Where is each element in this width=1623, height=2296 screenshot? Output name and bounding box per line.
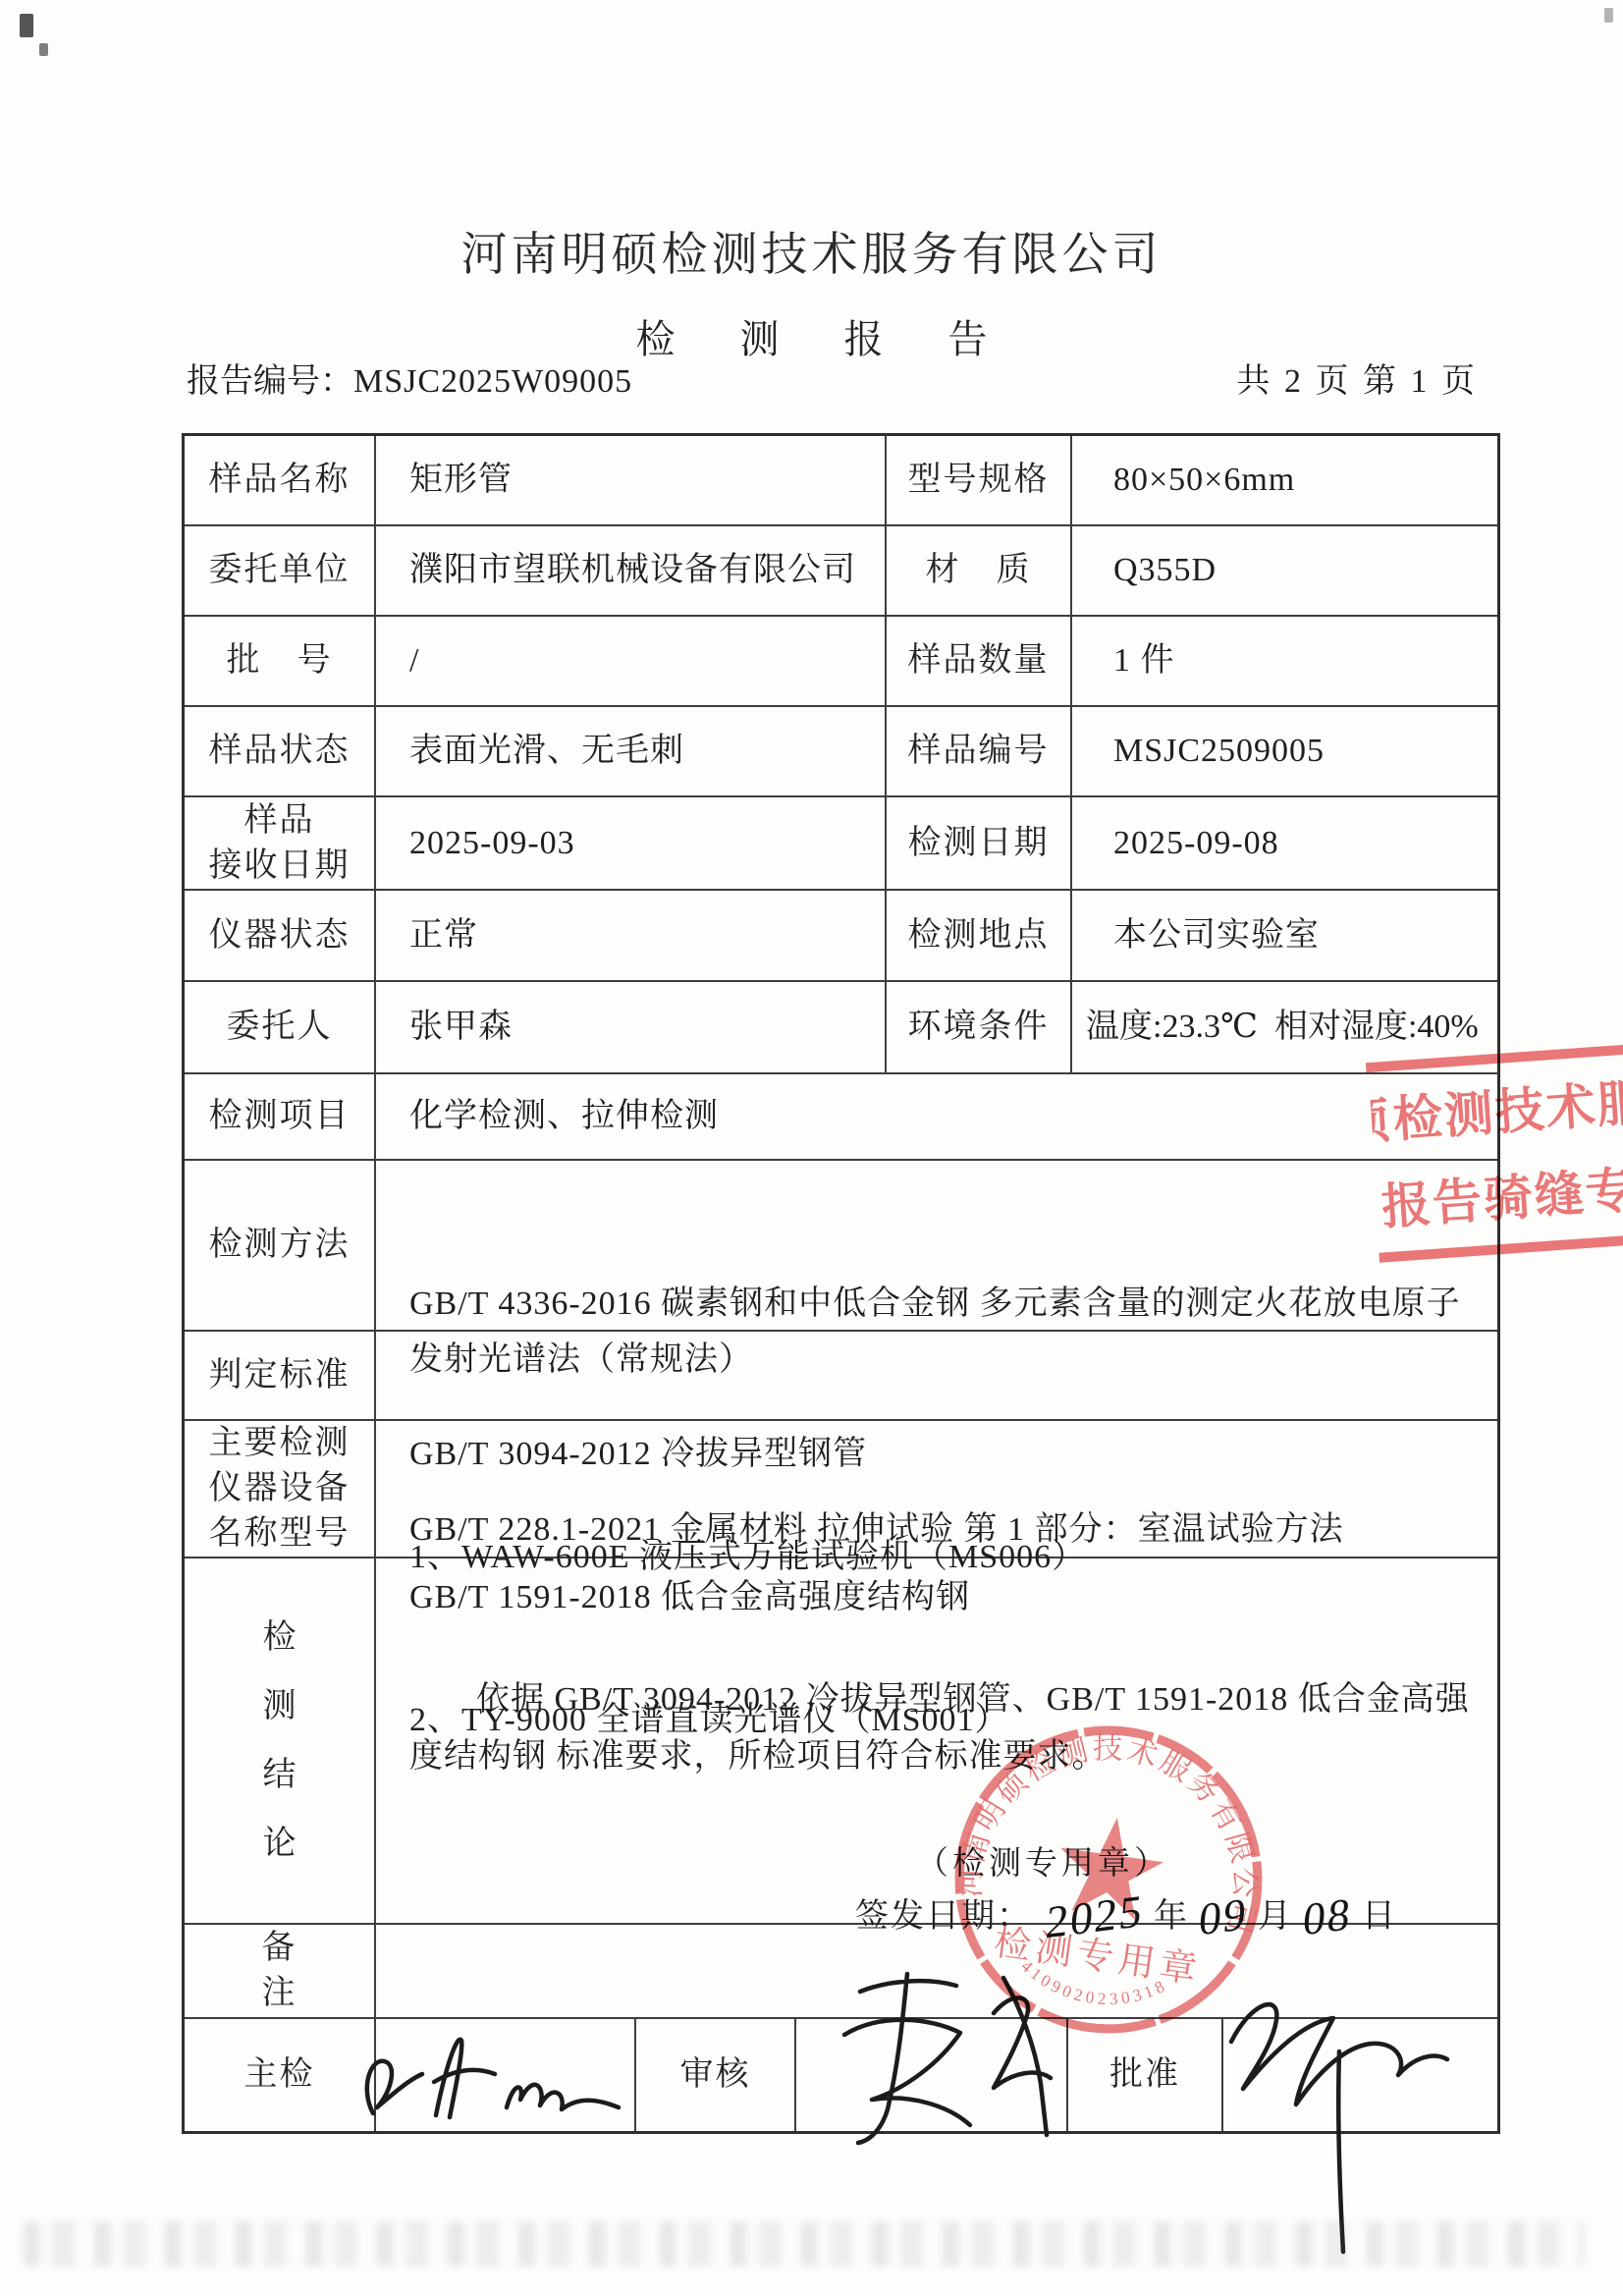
conclusion-text: 依据 GB/T 3094-2012 冷拔异型钢管、GB/T 1591-2018 … bbox=[409, 1671, 1474, 1785]
table-row: 批 号 / 样品数量 1 件 bbox=[185, 617, 1497, 707]
report-number: 报告编号：MSJC2025W09005 bbox=[187, 354, 632, 402]
scan-speck bbox=[1604, 8, 1613, 23]
label-material: 材 质 bbox=[887, 526, 1072, 615]
value-instrument-state: 正常 bbox=[376, 891, 887, 980]
value-sample-no: MSJC2509005 bbox=[1072, 707, 1497, 795]
label-receive-date: 样品 接收日期 bbox=[185, 797, 376, 889]
signature-row: 主检 审核 批准 bbox=[185, 2019, 1497, 2131]
label-client-unit: 委托单位 bbox=[185, 526, 376, 615]
label-sample-no: 样品编号 bbox=[887, 707, 1072, 795]
label-sample-state: 样品状态 bbox=[185, 707, 376, 795]
label-judge-standard: 判定标准 bbox=[185, 1332, 376, 1419]
label-remarks: 备 注 bbox=[185, 1925, 376, 2017]
table-row: 仪器状态 正常 检测地点 本公司实验室 bbox=[185, 891, 1497, 982]
value-judge-standard: GB/T 3094-2012 冷拔异型钢管 GB/T 1591-2018 低合金… bbox=[376, 1332, 1497, 1419]
table-row: 判定标准 GB/T 3094-2012 冷拔异型钢管 GB/T 1591-201… bbox=[185, 1332, 1497, 1421]
label-environment: 环境条件 bbox=[887, 982, 1072, 1072]
bleedthrough-band bbox=[24, 2221, 1584, 2267]
label-test-place: 检测地点 bbox=[887, 891, 1072, 980]
label-test-methods: 检测方法 bbox=[185, 1161, 376, 1330]
scan-speck bbox=[20, 14, 33, 37]
scan-speck bbox=[39, 43, 48, 56]
table-row: 主要检测 仪器设备 名称型号 1、WAW-600E 液压式万能试验机（MS006… bbox=[185, 1421, 1497, 1558]
report-number-value: MSJC2025W09005 bbox=[353, 363, 632, 400]
label-main-instruments: 主要检测 仪器设备 名称型号 bbox=[185, 1421, 376, 1557]
label-conclusion: 检 测 结 论 bbox=[185, 1558, 376, 1923]
value-model-spec: 80×50×6mm bbox=[1072, 436, 1497, 524]
value-main-instruments: 1、WAW-600E 液压式万能试验机（MS006） 2、TY-9000 全谱直… bbox=[376, 1421, 1497, 1557]
approver-signature bbox=[1223, 2019, 1497, 2131]
value-sample-name: 矩形管 bbox=[376, 436, 887, 524]
label-sample-name: 样品名称 bbox=[185, 436, 376, 524]
seal-star-icon bbox=[1052, 1810, 1168, 1923]
table-row: 委托人 张甲森 环境条件 温度:23.3℃ 相对湿度:40% bbox=[185, 982, 1497, 1074]
label-model-spec: 型号规格 bbox=[887, 436, 1072, 524]
value-test-items: 化学检测、拉伸检测 bbox=[376, 1074, 1497, 1159]
table-row: 样品状态 表面光滑、无毛刺 样品编号 MSJC2509005 bbox=[185, 707, 1497, 797]
value-client-unit: 濮阳市望联机械设备有限公司 bbox=[376, 526, 887, 615]
label-sample-qty: 样品数量 bbox=[887, 617, 1072, 705]
value-material: Q355D bbox=[1072, 526, 1497, 615]
value-sample-qty: 1 件 bbox=[1072, 617, 1497, 705]
handwritten-day: 08 bbox=[1301, 1890, 1354, 1942]
label-test-items: 检测项目 bbox=[185, 1074, 376, 1159]
label-client-person: 委托人 bbox=[185, 982, 376, 1072]
day-suffix: 日 bbox=[1362, 1892, 1397, 1941]
report-meta-line: 报告编号：MSJC2025W09005 共 2 页 第 1 页 bbox=[187, 354, 1478, 402]
chief-inspector-signature bbox=[376, 2019, 636, 2131]
value-test-date: 2025-09-08 bbox=[1072, 797, 1497, 889]
reviewer-signature bbox=[796, 2019, 1068, 2131]
paging-seal-line2: 报告骑缝专 bbox=[1375, 1147, 1623, 1238]
report-table: 样品名称 矩形管 型号规格 80×50×6mm 委托单位 濮阳市望联机械设备有限… bbox=[182, 433, 1500, 2134]
seal-center-text: 检测专用章 bbox=[992, 1922, 1204, 1992]
value-sample-state: 表面光滑、无毛刺 bbox=[376, 707, 887, 795]
table-row: 样品 接收日期 2025-09-03 检测日期 2025-09-08 bbox=[185, 797, 1497, 891]
report-page: 河南明硕检测技术服务有限公司 检 测 报 告 报告编号：MSJC2025W090… bbox=[0, 0, 1623, 2296]
value-test-place: 本公司实验室 bbox=[1072, 891, 1497, 980]
table-row: 检 测 结 论 依据 GB/T 3094-2012 冷拔异型钢管、GB/T 15… bbox=[185, 1558, 1497, 1925]
label-batch-no: 批 号 bbox=[185, 617, 376, 705]
page-count: 共 2 页 第 1 页 bbox=[1237, 354, 1479, 402]
value-conclusion: 依据 GB/T 3094-2012 冷拔异型钢管、GB/T 1591-2018 … bbox=[376, 1558, 1497, 1923]
table-row: 委托单位 濮阳市望联机械设备有限公司 材 质 Q355D bbox=[185, 526, 1497, 617]
table-row: 样品名称 矩形管 型号规格 80×50×6mm bbox=[185, 436, 1497, 526]
table-row: 检测方法 GB/T 4336-2016 碳素钢和中低合金钢 多元素含量的测定火花… bbox=[185, 1161, 1497, 1332]
value-receive-date: 2025-09-03 bbox=[376, 797, 887, 889]
label-instrument-state: 仪器状态 bbox=[185, 891, 376, 980]
value-batch-no: / bbox=[376, 617, 887, 705]
signature-scribble-inspector bbox=[352, 1997, 646, 2145]
label-chief-inspector: 主检 bbox=[185, 2019, 376, 2131]
label-test-date: 检测日期 bbox=[887, 797, 1072, 889]
value-client-person: 张甲森 bbox=[376, 982, 887, 1072]
company-title: 河南明硕检测技术服务有限公司 bbox=[0, 218, 1623, 284]
value-test-methods: GB/T 4336-2016 碳素钢和中低合金钢 多元素含量的测定火花放电原子发… bbox=[376, 1161, 1497, 1330]
paging-seal-stamp: 硕检测技术服务 报告骑缝专 bbox=[1366, 1041, 1623, 1262]
report-number-label: 报告编号： bbox=[187, 363, 353, 400]
table-row: 检测项目 化学检测、拉伸检测 bbox=[185, 1074, 1497, 1161]
circular-seal-stamp: 河南明硕检测技术服务有限公司 检测专用章 4109020230318 bbox=[929, 1700, 1288, 2059]
paging-seal-line1: 硕检测技术服务 bbox=[1369, 1061, 1623, 1152]
label-reviewer: 审核 bbox=[636, 2019, 796, 2131]
